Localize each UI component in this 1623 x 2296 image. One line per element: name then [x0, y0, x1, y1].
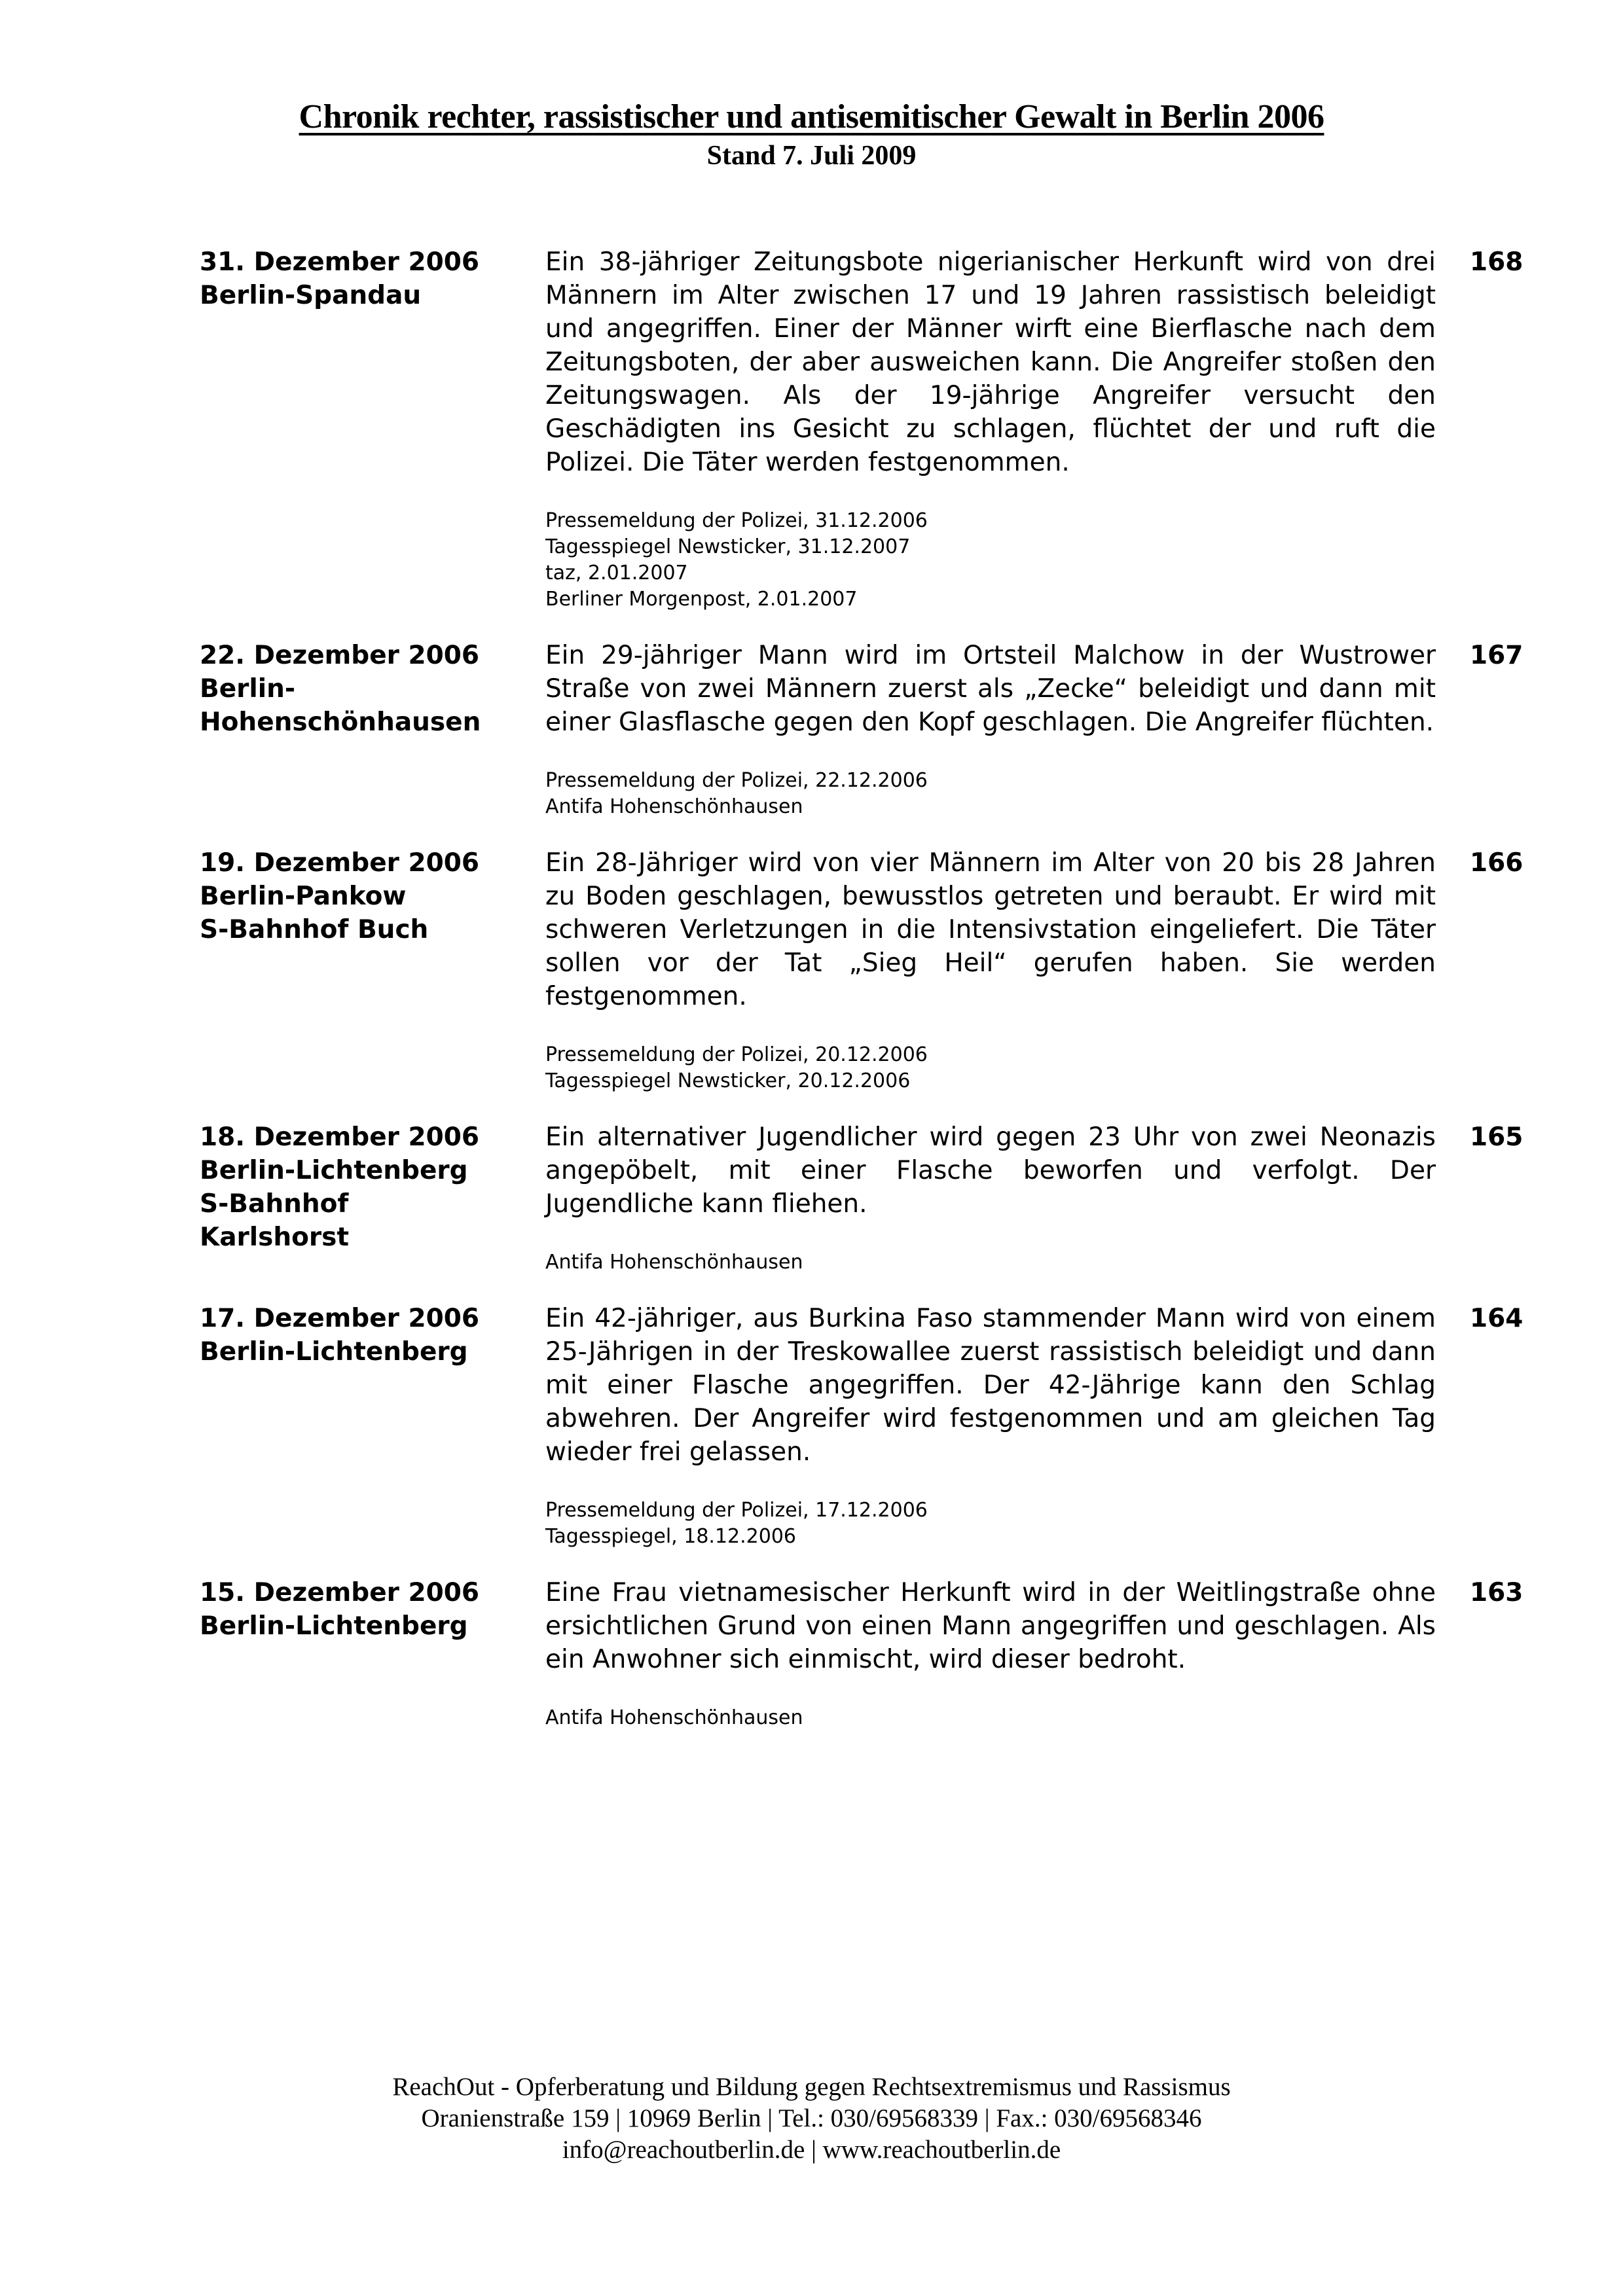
footer-contact: info@reachoutberlin.de | www.reachoutber…: [0, 2134, 1623, 2166]
entry-location: S-Bahnhof Buch: [200, 913, 545, 946]
entry-location: Hohenschönhausen: [200, 706, 545, 739]
chronicle-entry: 22. Dezember 2006Berlin-Hohenschönhausen…: [200, 639, 1561, 820]
source-item: Pressemeldung der Polizei, 17.12.2006: [545, 1498, 1436, 1524]
entry-date-location: 22. Dezember 2006Berlin-Hohenschönhausen: [200, 639, 545, 820]
source-item: Berliner Morgenpost, 2.01.2007: [545, 586, 1436, 613]
entry-description: Ein 38-jähriger Zeitungsbote nigerianisc…: [545, 245, 1436, 613]
entry-location: Berlin-Spandau: [200, 279, 545, 312]
source-item: Pressemeldung der Polizei, 22.12.2006: [545, 768, 1436, 794]
document-subtitle: Stand 7. Juli 2009: [0, 137, 1623, 174]
entry-number: 165: [1436, 1121, 1561, 1276]
entry-location: Berlin-Lichtenberg: [200, 1335, 545, 1369]
entry-text: Ein 29-jähriger Mann wird im Ortsteil Ma…: [545, 639, 1436, 739]
footer-organization: ReachOut - Opferberatung und Bildung geg…: [0, 2072, 1623, 2103]
source-item: Tagesspiegel, 18.12.2006: [545, 1524, 1436, 1550]
entry-sources: Pressemeldung der Polizei, 20.12.2006Tag…: [545, 1042, 1436, 1094]
entry-date-location: 31. Dezember 2006Berlin-Spandau: [200, 245, 545, 613]
chronicle-entry: 31. Dezember 2006Berlin-SpandauEin 38-jä…: [200, 245, 1561, 613]
entry-description: Ein 28-Jähriger wird von vier Männern im…: [545, 846, 1436, 1094]
entry-date-location: 18. Dezember 2006Berlin-LichtenbergS-Bah…: [200, 1121, 545, 1276]
entry-location: Berlin-Lichtenberg: [200, 1609, 545, 1643]
entry-date-location: 17. Dezember 2006Berlin-Lichtenberg: [200, 1302, 545, 1550]
entry-number: 168: [1436, 245, 1561, 613]
entry-description: Eine Frau vietnamesischer Herkunft wird …: [545, 1576, 1436, 1731]
entry-text: Ein 38-jähriger Zeitungsbote nigerianisc…: [545, 245, 1436, 479]
chronicle-entry: 17. Dezember 2006Berlin-LichtenbergEin 4…: [200, 1302, 1561, 1550]
source-item: Tagesspiegel Newsticker, 20.12.2006: [545, 1068, 1436, 1094]
chronicle-entry: 19. Dezember 2006Berlin-PankowS-Bahnhof …: [200, 846, 1561, 1094]
chronicle-entry: 15. Dezember 2006Berlin-LichtenbergEine …: [200, 1576, 1561, 1731]
entry-number: 164: [1436, 1302, 1561, 1550]
entry-date: 15. Dezember 2006: [200, 1576, 545, 1609]
source-item: taz, 2.01.2007: [545, 560, 1436, 586]
entry-description: Ein 29-jähriger Mann wird im Ortsteil Ma…: [545, 639, 1436, 820]
entry-sources: Antifa Hohenschönhausen: [545, 1705, 1436, 1731]
source-item: Antifa Hohenschönhausen: [545, 794, 1436, 820]
entry-sources: Pressemeldung der Polizei, 31.12.2006Tag…: [545, 508, 1436, 613]
document-footer: ReachOut - Opferberatung und Bildung geg…: [0, 2072, 1623, 2166]
entry-date: 22. Dezember 2006: [200, 639, 545, 672]
entry-description: Ein alternativer Jugendlicher wird gegen…: [545, 1121, 1436, 1276]
entry-description: Ein 42-jähriger, aus Burkina Faso stamme…: [545, 1302, 1436, 1550]
source-item: Antifa Hohenschönhausen: [545, 1705, 1436, 1731]
entry-location: S-Bahnhof: [200, 1187, 545, 1221]
entry-number: 166: [1436, 846, 1561, 1094]
entry-text: Ein 42-jähriger, aus Burkina Faso stamme…: [545, 1302, 1436, 1469]
document-header: Chronik rechter, rassistischer und antis…: [0, 97, 1623, 174]
entry-date-location: 19. Dezember 2006Berlin-PankowS-Bahnhof …: [200, 846, 545, 1094]
entry-location: Berlin-Pankow: [200, 880, 545, 913]
entry-sources: Pressemeldung der Polizei, 17.12.2006Tag…: [545, 1498, 1436, 1550]
chronicle-entry: 18. Dezember 2006Berlin-LichtenbergS-Bah…: [200, 1121, 1561, 1276]
entry-date: 17. Dezember 2006: [200, 1302, 545, 1335]
entry-date-location: 15. Dezember 2006Berlin-Lichtenberg: [200, 1576, 545, 1731]
entry-number: 167: [1436, 639, 1561, 820]
entry-text: Eine Frau vietnamesischer Herkunft wird …: [545, 1576, 1436, 1676]
entry-date: 18. Dezember 2006: [200, 1121, 545, 1154]
entry-text: Ein 28-Jähriger wird von vier Männern im…: [545, 846, 1436, 1013]
entry-sources: Pressemeldung der Polizei, 22.12.2006Ant…: [545, 768, 1436, 820]
source-item: Pressemeldung der Polizei, 31.12.2006: [545, 508, 1436, 534]
entry-number: 163: [1436, 1576, 1561, 1731]
entry-date: 31. Dezember 2006: [200, 245, 545, 279]
document-title: Chronik rechter, rassistischer und antis…: [0, 97, 1623, 137]
entry-location: Berlin-Lichtenberg: [200, 1154, 545, 1187]
source-item: Pressemeldung der Polizei, 20.12.2006: [545, 1042, 1436, 1068]
chronicle-entries: 31. Dezember 2006Berlin-SpandauEin 38-jä…: [200, 245, 1561, 1757]
footer-address: Oranienstraße 159 | 10969 Berlin | Tel.:…: [0, 2103, 1623, 2134]
entry-sources: Antifa Hohenschönhausen: [545, 1249, 1436, 1276]
entry-date: 19. Dezember 2006: [200, 846, 545, 880]
source-item: Antifa Hohenschönhausen: [545, 1249, 1436, 1276]
source-item: Tagesspiegel Newsticker, 31.12.2007: [545, 534, 1436, 560]
entry-location: Karlshorst: [200, 1221, 545, 1254]
entry-location: Berlin-: [200, 672, 545, 706]
entry-text: Ein alternativer Jugendlicher wird gegen…: [545, 1121, 1436, 1221]
